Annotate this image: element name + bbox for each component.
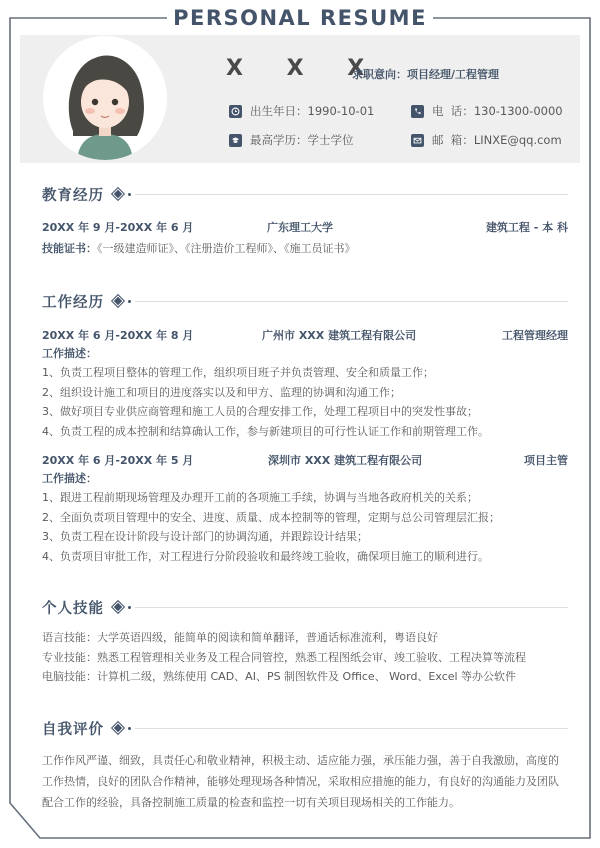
section-divider (135, 301, 568, 302)
section-header: 自我评价 (42, 717, 568, 739)
work-section: 工作经历 20XX 年 6 月-20XX 年 8 月 广州市 XXX 建筑工程有… (42, 290, 568, 566)
phone-value: 130-1300-0000 (474, 104, 563, 118)
skill-item: 语言技能：大学英语四级，能简单的阅读和简单翻译，普通话标准流利，粤语良好 (42, 628, 568, 648)
clock-icon (229, 105, 242, 118)
job-desc-label: 工作描述： (42, 345, 568, 363)
company-name: 广州市 XXX 建筑工程有限公司 (262, 327, 416, 343)
company-name: 深圳市 XXX 建筑工程有限公司 (268, 452, 422, 468)
job-duty: 4、负责工程的成本控制和结算确认工作，参与新建项目的可行性认证工作和前期管理工作… (42, 422, 568, 442)
job-role: 工程管理经理 (502, 327, 568, 345)
diamond-icon (114, 724, 131, 732)
avatar-illustration (43, 36, 167, 160)
section-header: 个人技能 (42, 596, 568, 618)
job-entry: 20XX 年 6 月-20XX 年 8 月 广州市 XXX 建筑工程有限公司 工… (42, 327, 568, 441)
skills-section: 个人技能 语言技能：大学英语四级，能简单的阅读和简单翻译，普通话标准流利，粤语良… (42, 596, 568, 687)
section-divider (135, 194, 568, 195)
diamond-icon (114, 190, 131, 198)
skill-item: 电脑技能：计算机二级，熟练使用 CAD、AI、PS 制图软件及 Office、 … (42, 667, 568, 687)
birthdate-label: 出生年日： (250, 103, 308, 119)
job-period: 20XX 年 6 月-20XX 年 5 月 (42, 452, 193, 470)
education-entry: 20XX 年 9 月-20XX 年 6 月 广东理工大学 建筑工程 - 本 科 (42, 219, 568, 237)
section-title: 工作经历 (42, 291, 104, 312)
section-divider (135, 607, 568, 608)
phone-icon (411, 105, 424, 118)
job-entry: 20XX 年 6 月-20XX 年 5 月 深圳市 XXX 建筑工程有限公司 项… (42, 452, 568, 566)
certificates: 技能证书：《一级建造师证》、《注册造价工程师》、《施工员证书》 (42, 239, 568, 259)
birthdate-field: 出生年日： 1990-10-01 (229, 103, 374, 119)
section-title: 教育经历 (42, 184, 104, 205)
self-evaluation-line: 工作作风严谨、细致，具责任心和敬业精神，积极主动、适应能力强，承压能力强，善于自… (42, 750, 568, 771)
education-section: 教育经历 20XX 年 9 月-20XX 年 6 月 广东理工大学 建筑工程 -… (42, 183, 568, 259)
education-level-value: 学士学位 (308, 132, 354, 148)
education-level-label: 最高学历： (250, 132, 308, 148)
job-period: 20XX 年 6 月-20XX 年 8 月 (42, 327, 193, 345)
diamond-icon (114, 603, 131, 611)
email-field: 邮 箱： LINXE@qq.com (411, 132, 562, 148)
self-evaluation-line: 配合工作的经验，具备控制施工质量的检查和监控一切有关项目现场相关的工作能力。 (42, 792, 568, 813)
phone-field: 电 话： 130-1300-0000 (411, 103, 563, 119)
job-duty: 3、做好项目专业供应商管理和施工人员的合理安排工作，处理工程项目中的突发性事故； (42, 402, 568, 422)
section-header: 教育经历 (42, 183, 568, 205)
job-duty: 2、全面负责项目管理中的安全、进度、质量、成本控制等的管理，定期与总公司管理层汇… (42, 508, 568, 528)
major: 建筑工程 - 本 科 (486, 219, 568, 237)
job-header: 20XX 年 6 月-20XX 年 5 月 深圳市 XXX 建筑工程有限公司 项… (42, 452, 568, 470)
job-duty: 1、跟进工程前期现场管理及办理开工前的各项施工手续，协调与当地各政府机关的关系； (42, 488, 568, 508)
education-period: 20XX 年 9 月-20XX 年 6 月 (42, 219, 193, 237)
job-duty: 2、组织设计施工和项目的进度落实以及和甲方、监理的协调和沟通工作； (42, 383, 568, 403)
diamond-icon (114, 297, 131, 305)
job-duty: 3、负责工程在设计阶段与设计部门的协调沟通，并跟踪设计结果； (42, 527, 568, 547)
page-title: PERSONAL RESUME (0, 6, 600, 30)
section-divider (135, 728, 568, 729)
job-intent: 求职意向：项目经理/工程管理 (352, 66, 499, 82)
birthdate-value: 1990-10-01 (308, 104, 375, 118)
mail-icon (411, 134, 424, 147)
job-duty: 4、负责项目审批工作，对工程进行分阶段验收和最终竣工验收，确保项目施工的顺利进行… (42, 547, 568, 567)
self-evaluation-section: 自我评价 工作作风严谨、细致，具责任心和敬业精神，积极主动、适应能力强，承压能力… (42, 717, 568, 813)
school-name: 广东理工大学 (267, 219, 333, 235)
section-title: 个人技能 (42, 597, 104, 618)
section-header: 工作经历 (42, 290, 568, 312)
avatar (43, 36, 167, 160)
graduation-icon (229, 134, 242, 147)
certificates-value: 《一级建造师证》、《注册造价工程师》、《施工员证书》 (97, 242, 356, 255)
section-title: 自我评价 (42, 718, 104, 739)
education-level-field: 最高学历： 学士学位 (229, 132, 354, 148)
self-evaluation-line: 工作热情，良好的团队合作精神，能够处理现场各种情况，采取相应措施的能力，有良好的… (42, 771, 568, 792)
phone-label: 电 话： (432, 103, 474, 119)
job-header: 20XX 年 6 月-20XX 年 8 月 广州市 XXX 建筑工程有限公司 工… (42, 327, 568, 345)
job-desc-label: 工作描述： (42, 470, 568, 488)
email-label: 邮 箱： (432, 132, 474, 148)
job-duty: 1、负责工程项目整体的管理工作，组织项目班子并负责管理、安全和质量工作； (42, 363, 568, 383)
job-role: 项目主管 (524, 452, 568, 470)
email-value: LINXE@qq.com (474, 133, 562, 147)
certificates-label: 技能证书： (42, 242, 97, 255)
skill-item: 专业技能：熟悉工程管理相关业务及工程合同管控，熟悉工程图纸会审、竣工验收、工程决… (42, 648, 568, 668)
